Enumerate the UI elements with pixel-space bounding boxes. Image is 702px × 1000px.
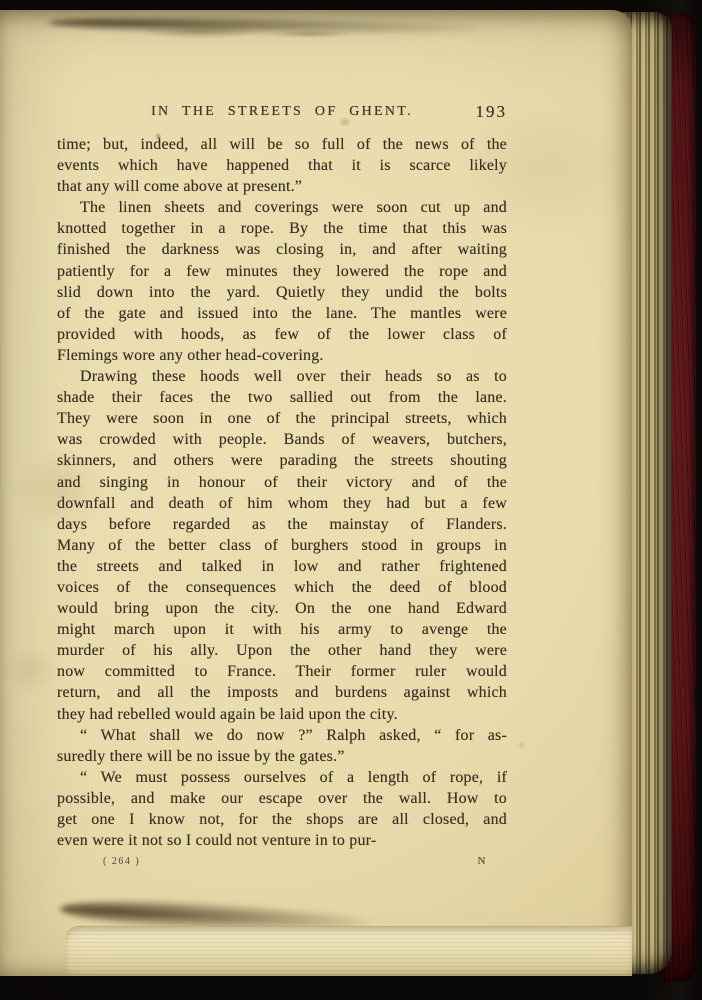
text-line: and singing in honour of their victory a… [57,472,507,493]
text-line: patiently for a few minutes they lowered… [57,261,507,282]
text-line: the streets and talked in low and rather… [57,556,507,577]
text-line: get one I know not, for the shops are al… [57,809,507,830]
text-line: finished the darkness was closing in, an… [57,239,507,260]
page-body: time; but, indeed, all will be so full o… [57,134,507,851]
text-line: They were soon in one of the principal s… [57,408,507,429]
text-line: return, and all the imposts and burdens … [57,682,507,703]
text-line: might march upon it with his army to ave… [57,619,507,640]
text-line: slid down into the yard. Quietly they un… [57,282,507,303]
page-number: 193 [476,102,508,122]
text-line: now committed to France. Their former ru… [57,661,507,682]
text-line: events which have happened that it is sc… [57,155,507,176]
text-line: Flemings wore any other head-covering. [57,345,507,366]
text-line: that any will come above at present.” [57,176,507,197]
text-line: was crowded with people. Bands of weaver… [57,429,507,450]
paragraph: Drawing these hoods well over their head… [57,366,507,725]
text-line: “ We must possess ourselves of a length … [57,767,507,788]
text-line: suredly there will be no issue by the ga… [57,746,507,767]
running-title: IN THE STREETS OF GHENT. [57,104,507,120]
book-photograph-scene: IN THE STREETS OF GHENT. 193 time; but, … [0,0,702,1000]
running-header: IN THE STREETS OF GHENT. 193 [57,104,507,122]
text-line: would bring upon the city. On the one ha… [57,598,507,619]
page-footer: ( 264 ) N [57,854,507,870]
text-line: skinners, and others were parading the s… [57,450,507,471]
text-line: shade their faces the two sallied out fr… [57,387,507,408]
text-line: Many of the better class of burghers sto… [57,535,507,556]
text-line: Drawing these hoods well over their head… [57,366,507,387]
text-line: possible, and make our escape over the w… [57,788,507,809]
text-line: of the gate and issued into the lane. Th… [57,303,507,324]
text-line: downfall and death of him whom they had … [57,493,507,514]
text-line: provided with hoods, as few of the lower… [57,324,507,345]
paragraph: time; but, indeed, all will be so full o… [57,134,507,197]
paragraph: The linen sheets and coverings were soon… [57,197,507,366]
text-line: murder of his ally. Upon the other hand … [57,640,507,661]
printers-signature-mark: ( 264 ) [103,856,140,867]
text-line: voices of the consequences which the dee… [57,577,507,598]
text-line: they had rebelled would again be laid up… [57,704,507,725]
gathering-letter: N [478,855,486,867]
text-line: time; but, indeed, all will be so full o… [57,134,507,155]
text-line: “ What shall we do now ?” Ralph asked, “… [57,725,507,746]
paragraph: “ We must possess ourselves of a length … [57,767,507,851]
text-line: days before regarded as the mainstay of … [57,514,507,535]
bottom-page-edges [66,926,632,976]
text-line: The linen sheets and coverings were soon… [57,197,507,218]
book-page: IN THE STREETS OF GHENT. 193 time; but, … [0,10,632,976]
paragraph: “ What shall we do now ?” Ralph asked, “… [57,725,507,767]
top-page-curl-shadow [48,15,478,38]
text-line: knotted together in a rope. By the time … [57,218,507,239]
text-line: even were it not so I could not venture … [57,830,507,851]
